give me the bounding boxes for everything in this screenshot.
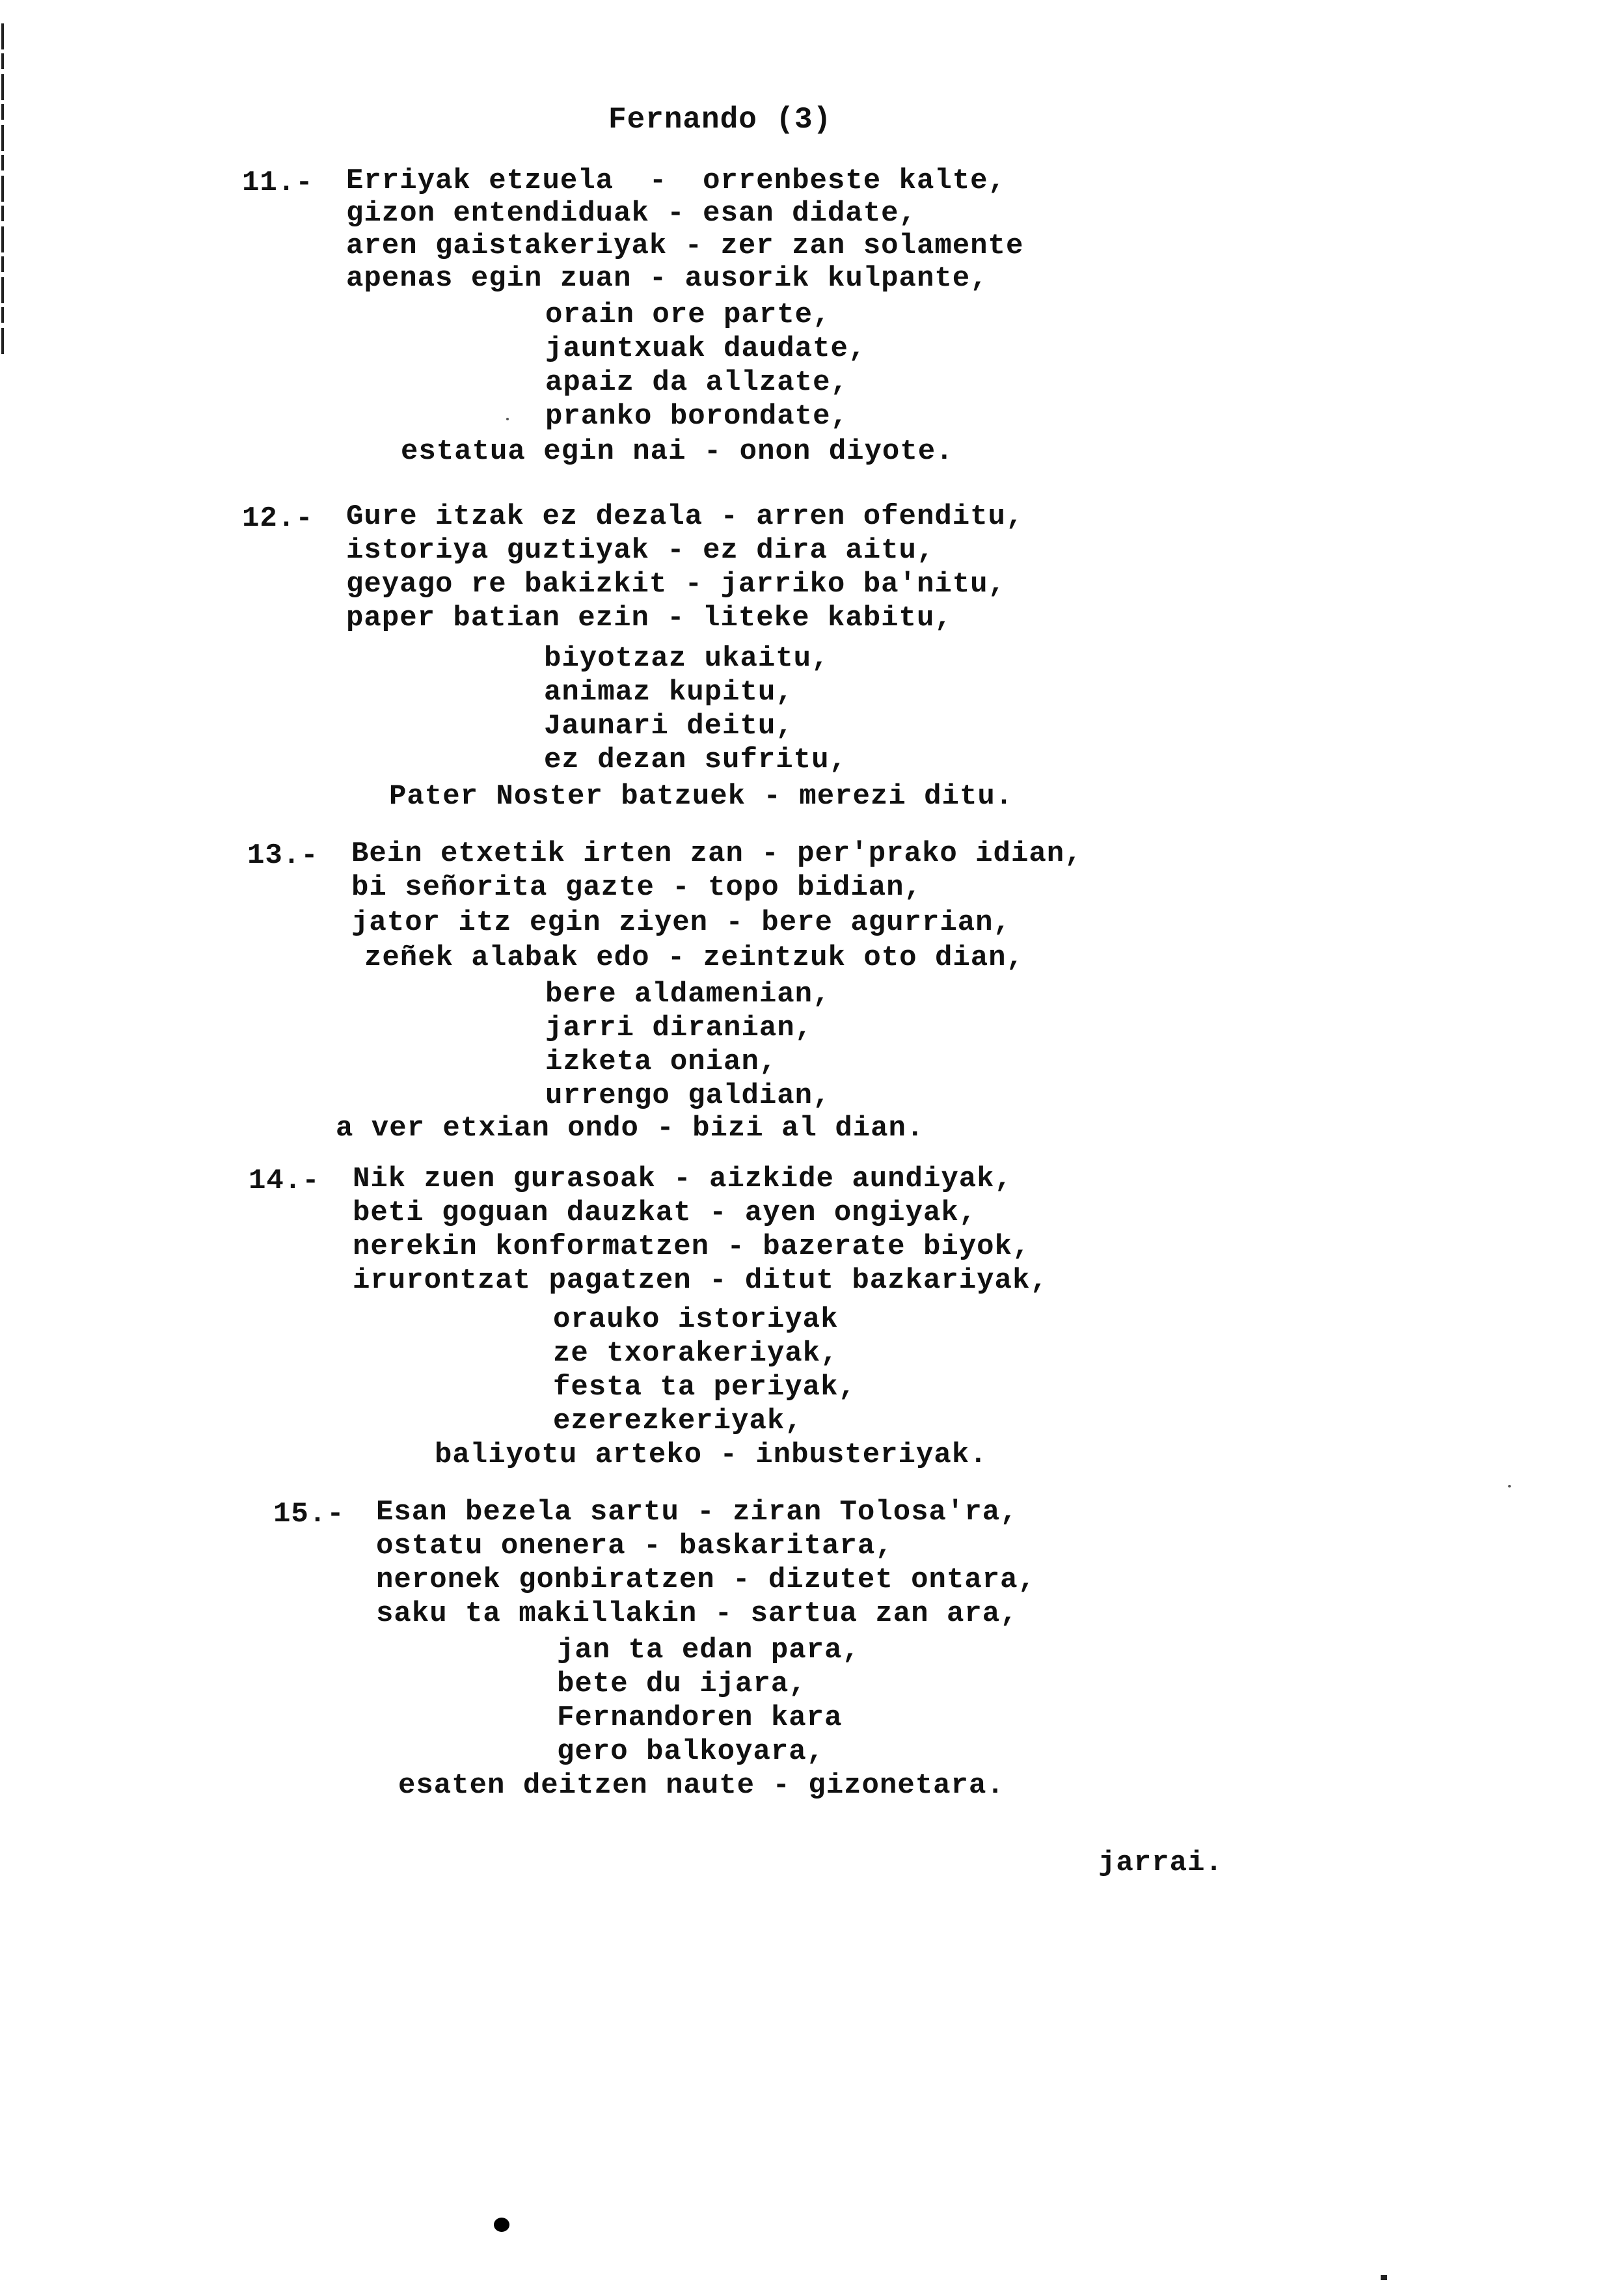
verse-line: pranko borondate,	[545, 402, 848, 431]
verse-line: beti goguan dauzkat - ayen ongiyak,	[353, 1199, 977, 1227]
ink-speck	[506, 418, 509, 420]
stanza-number: 15.-	[273, 1498, 345, 1530]
verse-line: a ver etxian ondo - bizi al dian.	[336, 1114, 924, 1143]
left-margin-line	[1, 23, 4, 355]
verse-line: izketa onian,	[545, 1048, 777, 1076]
verse-line: apaiz da allzate,	[545, 368, 848, 397]
verse-line: Pater Noster batzuek - merezi ditu.	[389, 782, 1013, 811]
verse-line: estatua egin nai - onon diyote.	[401, 437, 954, 466]
stanza-number: 11.-	[242, 167, 314, 199]
verse-line: bere aldamenian,	[545, 980, 830, 1009]
verse-line: orain ore parte,	[545, 301, 830, 329]
verse-line: orauko istoriyak	[553, 1305, 838, 1334]
verse-line: gizon entendiduak - esan didate,	[346, 199, 917, 228]
verse-line: Bein etxetik irten zan - per'prako idian…	[351, 839, 1083, 868]
verse-line: bete du ijara,	[557, 1670, 807, 1698]
stanza-number: 12.-	[242, 502, 314, 535]
ink-dot-mark	[494, 2218, 509, 2232]
verse-line: jator itz egin ziyen - bere agurrian,	[351, 908, 1011, 937]
verse-line: nerekin konformatzen - bazerate biyok,	[353, 1232, 1030, 1261]
verse-line: neronek gonbiratzen - dizutet ontara,	[376, 1566, 1036, 1594]
verse-line: biyotzaz ukaitu,	[544, 644, 829, 673]
stanza-number: 13.-	[247, 839, 319, 872]
verse-line: Gure itzak ez dezala - arren ofenditu,	[346, 502, 1023, 531]
corner-speck-mark	[1381, 2275, 1387, 2280]
verse-line: Erriyak etzuela - orrenbeste kalte,	[346, 167, 1006, 195]
verse-line: Jaunari deitu,	[544, 712, 794, 740]
verse-line: saku ta makillakin - sartua zan ara,	[376, 1599, 1018, 1628]
verse-line: esaten deitzen naute - gizonetara.	[398, 1771, 1005, 1800]
page-title: Fernando (3)	[608, 103, 832, 137]
verse-line: Nik zuen gurasoak - aizkide aundiyak,	[353, 1165, 1012, 1193]
verse-line: aren gaistakeriyak - zer zan solamente	[346, 232, 1023, 260]
verse-line: animaz kupitu,	[544, 678, 794, 707]
verse-line: bi señorita gazte - topo bidian,	[351, 873, 922, 902]
verse-line: Esan bezela sartu - ziran Tolosa'ra,	[376, 1498, 1018, 1527]
verse-line: geyago re bakizkit - jarriko ba'nitu,	[346, 570, 1006, 599]
verse-line: jan ta edan para,	[557, 1636, 860, 1664]
verse-line: festa ta periyak,	[553, 1373, 856, 1402]
verse-line: baliyotu arteko - inbusteriyak.	[435, 1441, 988, 1469]
verse-line: ostatu onenera - baskaritara,	[376, 1532, 893, 1560]
verse-line: ez dezan sufritu,	[544, 746, 847, 774]
verse-line: jarri diranian,	[545, 1014, 813, 1042]
verse-line: paper batian ezin - liteke kabitu,	[346, 604, 953, 632]
verse-line: jauntxuak daudate,	[545, 334, 866, 363]
verse-line: ze txorakeriyak,	[553, 1339, 838, 1368]
verse-line: ezerezkeriyak,	[553, 1407, 803, 1435]
verse-line: Fernandoren kara	[557, 1704, 842, 1732]
verse-line: zeñek alabak edo - zeintzuk oto dian,	[364, 944, 1024, 972]
verse-line: apenas egin zuan - ausorik kulpante,	[346, 264, 988, 293]
verse-line: gero balkoyara,	[557, 1737, 824, 1766]
ink-speck	[1508, 1485, 1511, 1487]
verse-line: urrengo galdian,	[545, 1081, 830, 1110]
continuation-note: jarrai.	[1098, 1847, 1223, 1879]
verse-line: istoriya guztiyak - ez dira aitu,	[346, 536, 934, 565]
stanza-number: 14.-	[249, 1165, 320, 1197]
typewritten-page: Fernando (3) 11.- Erriyak etzuela - orre…	[0, 0, 1624, 2282]
verse-line: irurontzat pagatzen - ditut bazkariyak,	[353, 1266, 1048, 1295]
